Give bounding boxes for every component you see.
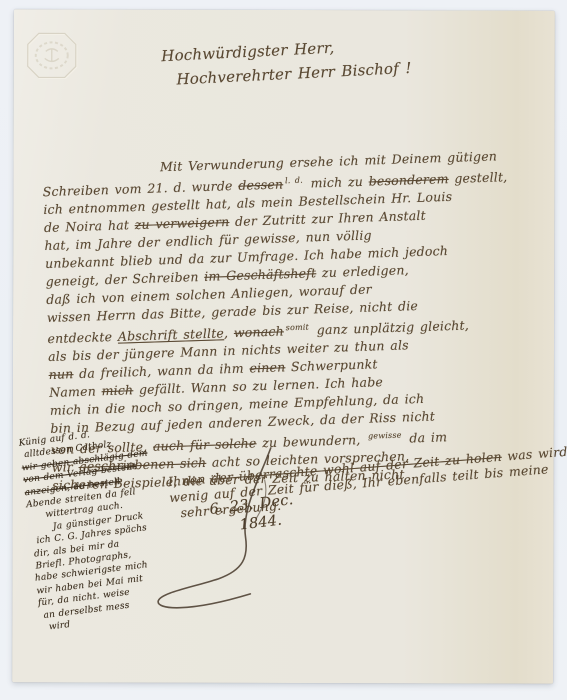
struck-text: auch für solche <box>153 436 257 454</box>
handwritten-text: da im <box>403 430 447 446</box>
margin-note: Künig auf d. d.alltdessen Catholzwir geb… <box>18 423 167 635</box>
handwritten-text: Schwerpunkt <box>285 357 378 375</box>
struck-text: einen <box>249 360 285 376</box>
handwritten-text: wird <box>48 620 70 632</box>
letter-paper: Hochwürdigster Herr, Hochverehrter Herr … <box>12 9 555 683</box>
interlinear-insertion: somit <box>286 323 310 333</box>
struck-text: besonderem <box>368 171 448 189</box>
struck-text: wonach <box>234 324 284 341</box>
handwritten-text: mich zu <box>305 174 369 191</box>
handwritten-text: de Noira hat <box>44 217 135 235</box>
struck-text: zu verweigern <box>134 214 229 232</box>
struck-text: dessen <box>238 176 283 192</box>
handwritten-text: zu bewundern, <box>256 432 366 451</box>
photo-background: Hochwürdigster Herr, Hochverehrter Herr … <box>0 0 567 700</box>
salutation: Hochwürdigster Herr, Hochverehrter Herr … <box>161 32 412 92</box>
handwritten-text: zu erledigen, <box>316 262 409 280</box>
struck-text: mich <box>101 383 133 399</box>
handwritten-text: ganz unplätzig gleicht, <box>311 318 469 338</box>
handwritten-text: gestellt, <box>448 169 507 186</box>
struck-text: im Geschäftsheft <box>204 265 316 284</box>
interlinear-insertion: gewisse <box>368 431 402 441</box>
interlinear-insertion: l. d. <box>285 176 303 186</box>
blind-emboss-seal-icon <box>26 31 78 79</box>
struck-text: nun <box>48 366 73 382</box>
handwritten-text: Namen <box>49 384 102 401</box>
handwritten-text: Abschrift stellte <box>118 326 225 344</box>
handwritten-text: entdeckte <box>47 329 118 346</box>
